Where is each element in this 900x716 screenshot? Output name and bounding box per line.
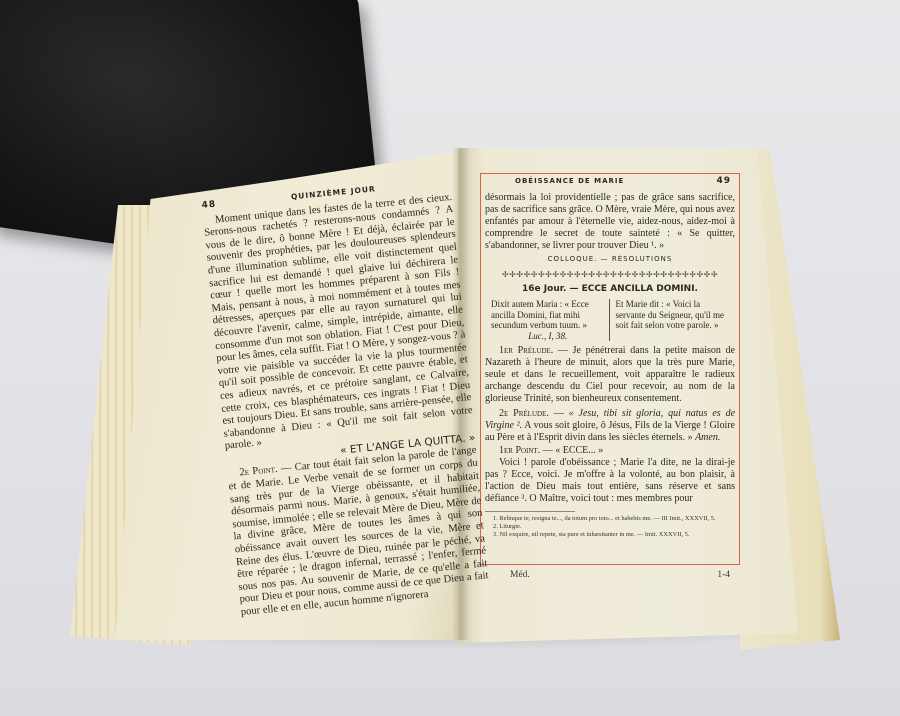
right-page-number: 49 [716,176,731,188]
right-paragraph-1: désormais la loi providentielle ; pas de… [485,192,735,252]
right-running-title: OBÉISSANCE DE MARIE [515,176,624,188]
point-1-label: 1er Point. — [499,445,553,456]
footnote-1: 1. Relinque te, resigna te..., da totum … [485,515,735,523]
prelude-2-amen: Amen. [695,432,720,443]
day-heading: 16e Jour. — ECCE ANCILLA DOMINI. [485,284,735,296]
footnote-rule [485,511,575,512]
scripture-columns: Dixit autem Maria : « Ecce ancilla Domin… [491,299,729,341]
right-page-footer: Méd. 1-4 [510,570,730,580]
footnote-3: 3. Nil exquire, nil repete, sta pure et … [485,531,735,539]
left-page-number: 48 [201,199,217,213]
latin-quote: Dixit autem Maria : « Ecce ancilla Domin… [491,299,605,331]
point-1-text: Voici ! parole d'obéissance ; Marie l'a … [485,457,735,505]
right-page-text: OBÉISSANCE DE MARIE 49 désormais la loi … [485,176,735,539]
gathering-mark: 1-4 [717,570,730,580]
cross-ornament-divider: ✢✢✢✢✢✢✢✢✢✢✢✢✢✢✢✢✢✢✢✢✢✢✢✢✢✢✢✢✢✢ [485,269,735,281]
prelude-1-label: 1er Prélude. — [499,345,568,356]
right-running-head: OBÉISSANCE DE MARIE 49 [485,176,735,188]
colloque-heading: COLLOQUE. — RÉSOLUTIONS [485,254,735,266]
signature-mark: Méd. [510,570,530,580]
french-column: Et Marie dit : « Voici la servante du Se… [610,299,730,341]
left-paragraph-1: Moment unique dans les fastes de la terr… [203,192,475,454]
prelude-2-label: 2e Prélude. — [499,408,564,419]
latin-column: Dixit autem Maria : « Ecce ancilla Domin… [491,299,610,341]
point-1-title: « ECCE... » [555,445,603,456]
latin-reference: Luc., I, 38. [491,331,605,342]
french-quote: Et Marie dit : « Voici la servante du Se… [616,299,730,331]
left-page-text: 48 QUINZIÈME JOUR Moment unique dans les… [201,176,490,620]
footnote-2: 2. Liturgie. [485,523,735,531]
